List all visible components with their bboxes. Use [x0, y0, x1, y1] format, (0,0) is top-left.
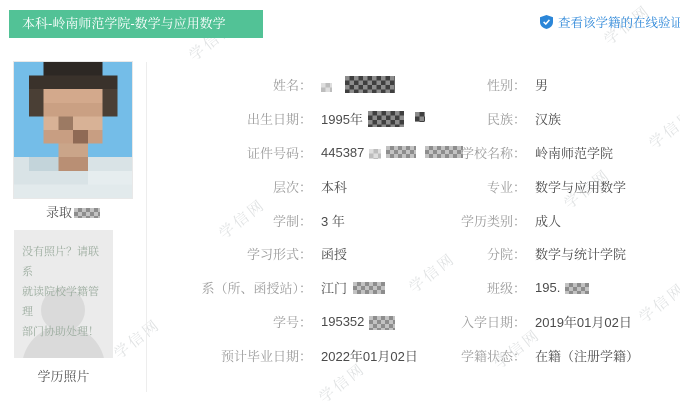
field-value-enrollment-status: 在籍（注册学籍） [535, 346, 639, 365]
field-label-branch-college: 分院： [420, 244, 526, 263]
shield-check-icon [540, 15, 553, 29]
field-label-name: 姓名： [152, 75, 312, 94]
field-value-major: 数学与应用数学 [535, 177, 639, 196]
watermark: 学信网 [644, 104, 680, 154]
field-label-study-form: 学习形式： [152, 244, 312, 263]
no-photo-notice: 没有照片？请联系 就读院校学籍管理 部门协助处理！ [22, 242, 107, 342]
admission-photo-caption: 录取 [14, 202, 132, 221]
field-value-enrollment-date: 2019年01月02日 [535, 312, 639, 331]
field-value-class: 195. [535, 280, 639, 295]
field-label-enrollment-date: 入学日期： [420, 312, 526, 331]
field-value-education-category: 成人 [535, 211, 639, 230]
field-label-department: 系（所、函授站）： [152, 278, 312, 297]
field-label-gender: 性别： [420, 75, 526, 94]
field-label-major: 专业： [420, 177, 526, 196]
field-label-expected-graduation: 预计毕业日期： [152, 346, 312, 365]
field-label-school-name: 学校名称： [420, 143, 526, 162]
fields-left-column: 姓名： 出生日期： 1995年 证件号码： 445387 层次： 本科 学制： … [152, 68, 463, 372]
fields-right-column: 性别： 男 民族： 汉族 学校名称： 岭南师范学院 专业： 数学与应用数学 学历… [420, 68, 639, 372]
field-value-gender: 男 [535, 75, 639, 94]
field-value-branch-college: 数学与统计学院 [535, 244, 639, 263]
field-label-duration: 学制： [152, 211, 312, 230]
verify-report-label: 查看该学籍的在线验证报告 [558, 13, 680, 31]
degree-photo-placeholder: 没有照片？请联系 就读院校学籍管理 部门协助处理！ [14, 230, 113, 358]
verify-report-link[interactable]: 查看该学籍的在线验证报告 [540, 13, 680, 31]
column-divider [146, 62, 147, 392]
program-banner: 本科-岭南师范学院-数学与应用数学 [9, 10, 263, 38]
field-label-enrollment-status: 学籍状态： [420, 346, 526, 365]
watermark: 学信网 [634, 278, 680, 328]
student-record-page: { "watermark": { "text": "学信网" }, "heade… [0, 0, 680, 404]
field-label-id-number: 证件号码： [152, 143, 312, 162]
field-value-school-name: 岭南师范学院 [535, 143, 639, 162]
field-label-education-category: 学历类别： [420, 211, 526, 230]
field-label-class: 班级： [420, 278, 526, 297]
degree-photo-caption: 学历照片 [14, 366, 113, 385]
field-value-ethnicity: 汉族 [535, 109, 639, 128]
field-label-ethnicity: 民族： [420, 109, 526, 128]
field-label-level: 层次： [152, 177, 312, 196]
field-label-student-number: 学号： [152, 312, 312, 331]
field-label-birthdate: 出生日期： [152, 109, 312, 128]
admission-photo [14, 62, 132, 198]
